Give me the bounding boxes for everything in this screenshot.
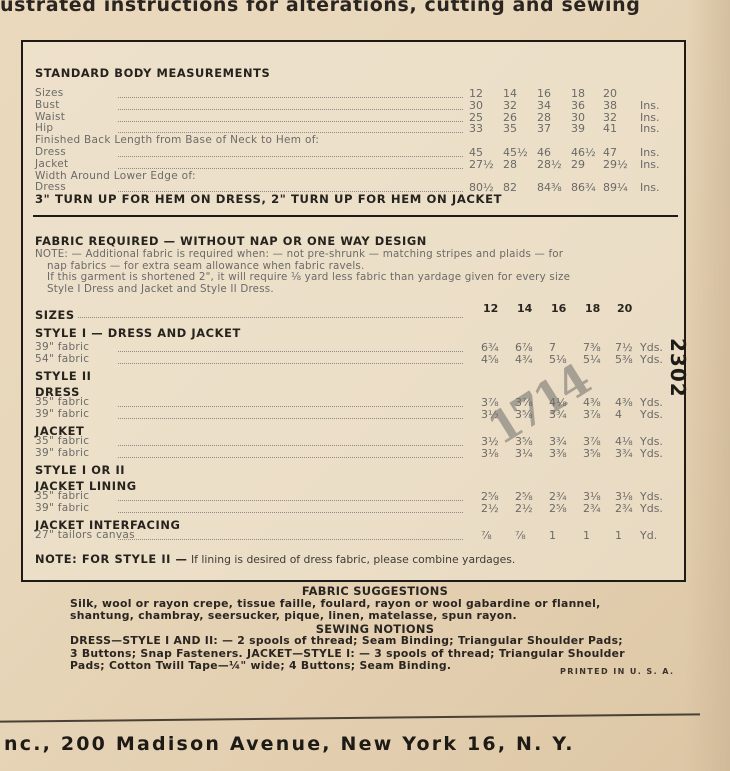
row-label: Dress (35, 147, 66, 159)
cell-value: 3¼ (515, 448, 533, 460)
table-row: 54" fabric4⅝4¾5⅛5¼5⅜Yds. (23, 354, 684, 366)
width-label: Width Around Lower Edge of: (35, 171, 196, 183)
unit-label: Yds. (640, 448, 663, 460)
cell-value: 1 (615, 530, 622, 542)
cell-value: 3⅞ (583, 409, 601, 421)
unit-label: Yds. (640, 503, 663, 515)
unit-label: Yds. (640, 342, 663, 354)
row-label: Sizes (35, 88, 64, 100)
cell-value: 2¾ (549, 491, 567, 503)
dot-leader (78, 317, 463, 318)
fabric-note: NOTE: — Additional fabric is required wh… (35, 249, 672, 295)
cell-value: 36 (571, 100, 585, 112)
fabric-note-line: NOTE: — Additional fabric is required wh… (35, 249, 672, 261)
unit-label: Yds. (640, 397, 663, 409)
cell-value: 7⅜ (583, 342, 601, 354)
dot-leader (118, 418, 463, 419)
dot-leader (118, 500, 463, 501)
cell-value: 34 (537, 100, 551, 112)
cell-value: 3¾ (549, 436, 567, 448)
unit-label: Yds. (640, 409, 663, 421)
sizes-label: SIZES (35, 308, 75, 322)
cell-value: 29½ (603, 159, 628, 171)
group-heading: STYLE I — DRESS AND JACKET (35, 326, 241, 340)
style-ii-note-text: If lining is desired of dress fabric, pl… (188, 553, 516, 566)
unit-label: Yds. (640, 354, 663, 366)
cell-value: 3⅝ (583, 448, 601, 460)
cell-value: 2¾ (583, 503, 601, 515)
table-row: 27" tailors canvas⅞⅞111Yd. (23, 530, 684, 542)
cell-value: 45½ (503, 147, 528, 159)
envelope-fold-line (0, 713, 700, 722)
cell-value: 28 (503, 159, 517, 171)
row-label: 39" fabric (35, 448, 89, 460)
cell-value: 5⅜ (615, 354, 633, 366)
fabric-note-line: If this garment is shortened 2", it will… (35, 272, 672, 284)
cell-value: 33 (469, 123, 483, 135)
cell-value: 14 (503, 88, 517, 100)
row-label: 35" fabric (35, 491, 89, 503)
style-ii-note: NOTE: FOR STYLE II — If lining is desire… (35, 548, 672, 567)
size-header: 18 (585, 302, 600, 315)
dot-leader (118, 512, 463, 513)
unit-label: Ins. (640, 159, 659, 171)
cell-value: 39 (571, 123, 585, 135)
row-label: 54" fabric (35, 354, 89, 366)
cell-value: 30 (571, 112, 585, 124)
cell-value: 5¼ (583, 354, 601, 366)
cell-value: 4⅜ (615, 397, 633, 409)
row-label: 39" fabric (35, 342, 89, 354)
sewing-notions-line: DRESS—STYLE I AND II: — 2 spools of thre… (70, 635, 680, 648)
unit-label: Ins. (640, 112, 659, 124)
table-row: Bust3032343638Ins. (23, 100, 684, 112)
row-label: Hip (35, 123, 53, 135)
fabric-suggestions-line: shantung, chambray, seersucker, pique, l… (70, 610, 680, 623)
cell-value: 4⅝ (481, 354, 499, 366)
suggestions-and-notions: FABRIC SUGGESTIONS Silk, wool or rayon c… (70, 585, 680, 673)
unit-label: Yd. (640, 530, 657, 542)
cell-value: 35 (503, 123, 517, 135)
table-row: 39" fabric3⅛3¼3⅜3⅝3¾Yds. (23, 448, 684, 460)
dot-leader (118, 121, 463, 122)
group-heading: STYLE II (35, 369, 92, 383)
row-label: 35" fabric (35, 436, 89, 448)
cell-value: 25 (469, 112, 483, 124)
cell-value: ⅞ (481, 530, 492, 542)
table-row: Jacket27½2828½2929½Ins. (23, 159, 684, 171)
cell-value: 38 (603, 100, 617, 112)
cell-value: 3⅛ (615, 491, 633, 503)
measurements-box: STANDARD BODY MEASUREMENTS Sizes12141618… (21, 40, 686, 582)
unit-label: Ins. (640, 147, 659, 159)
cell-value: 20 (603, 88, 617, 100)
hem-note: 3" TURN UP FOR HEM ON DRESS, 2" TURN UP … (35, 192, 672, 206)
cell-value: 37 (537, 123, 551, 135)
cell-value: 4 (615, 409, 622, 421)
cell-value: 7 (549, 342, 556, 354)
dot-leader (118, 97, 463, 98)
cell-value: 1 (549, 530, 556, 542)
cell-value: 32 (503, 100, 517, 112)
dot-leader (118, 406, 463, 407)
style-ii-note-label: NOTE: FOR STYLE II — (35, 552, 188, 566)
group-heading: STYLE I OR II (35, 463, 125, 477)
row-label: 39" fabric (35, 503, 89, 515)
cell-value: 2⅝ (481, 491, 499, 503)
dot-leader (118, 445, 463, 446)
paper-edge-stain (685, 0, 730, 771)
size-header: 12 (483, 302, 498, 315)
cell-value: 3⅞ (583, 436, 601, 448)
cell-value: 16 (537, 88, 551, 100)
instructions-banner: ustrated instructions for alterations, c… (0, 0, 640, 16)
row-label: 35" fabric (35, 397, 89, 409)
cell-value: 4¾ (515, 354, 533, 366)
cell-value: 45 (469, 147, 483, 159)
body-measurements-section: STANDARD BODY MEASUREMENTS (35, 66, 672, 80)
publisher-address: nc., 200 Madison Avenue, New York 16, N.… (4, 733, 575, 755)
cell-value: 32 (603, 112, 617, 124)
fabric-suggestions-title: FABRIC SUGGESTIONS (70, 585, 680, 598)
cell-value: 46 (537, 147, 551, 159)
row-label: Bust (35, 100, 60, 112)
cell-value: 26 (503, 112, 517, 124)
dot-leader (118, 156, 463, 157)
section-divider (33, 215, 678, 217)
dot-leader (118, 351, 463, 352)
size-header: 14 (517, 302, 532, 315)
cell-value: 27½ (469, 159, 494, 171)
dot-leader (118, 168, 463, 169)
cell-value: 2¾ (615, 503, 633, 515)
fabric-note-line: Style I Dress and Jacket and Style II Dr… (35, 284, 672, 296)
cell-value: 3⅛ (583, 491, 601, 503)
unit-label: Ins. (640, 123, 659, 135)
back-length-label: Finished Back Length from Base of Neck t… (35, 135, 319, 147)
cell-value: 29 (571, 159, 585, 171)
cell-value: 3⅜ (549, 448, 567, 460)
cell-value: 28 (537, 112, 551, 124)
cell-value: 2⅝ (515, 491, 533, 503)
row-label: Jacket (35, 159, 68, 171)
unit-label: Yds. (640, 491, 663, 503)
cell-value: 46½ (571, 147, 596, 159)
size-header: 20 (617, 302, 632, 315)
cell-value: 7½ (615, 342, 633, 354)
cell-value: 1 (583, 530, 590, 542)
cell-value: 28½ (537, 159, 562, 171)
table-row: 39" fabric2½2½2⅝2¾2¾Yds. (23, 503, 684, 515)
cell-value: 41 (603, 123, 617, 135)
body-measurements-title: STANDARD BODY MEASUREMENTS (35, 66, 672, 80)
dot-leader (118, 539, 463, 540)
cell-value: 12 (469, 88, 483, 100)
fabric-required-title: FABRIC REQUIRED — WITHOUT NAP OR ONE WAY… (35, 234, 672, 248)
cell-value: 6⅞ (515, 342, 533, 354)
cell-value: 2½ (515, 503, 533, 515)
printed-in-usa: PRINTED IN U. S. A. (560, 667, 674, 676)
cell-value: 18 (571, 88, 585, 100)
dot-leader (118, 109, 463, 110)
dot-leader (118, 363, 463, 364)
row-label: Waist (35, 112, 65, 124)
cell-value: 47 (603, 147, 617, 159)
cell-value: 3⅛ (481, 448, 499, 460)
cell-value: 6¾ (481, 342, 499, 354)
row-label: 39" fabric (35, 409, 89, 421)
cell-value: ⅞ (515, 530, 526, 542)
unit-label: Yds. (640, 436, 663, 448)
cell-value: 2½ (481, 503, 499, 515)
pattern-number: 2302 (666, 338, 690, 398)
cell-value: 2⅝ (549, 503, 567, 515)
cell-value: 3¾ (615, 448, 633, 460)
cell-value: 4⅛ (615, 436, 633, 448)
sizes-row: SIZES1214161820 (23, 308, 684, 320)
size-header: 16 (551, 302, 566, 315)
unit-label: Ins. (640, 100, 659, 112)
table-row: 39" fabric3½3⅝3¾3⅞4Yds. (23, 409, 684, 421)
cell-value: 30 (469, 100, 483, 112)
dot-leader (118, 457, 463, 458)
